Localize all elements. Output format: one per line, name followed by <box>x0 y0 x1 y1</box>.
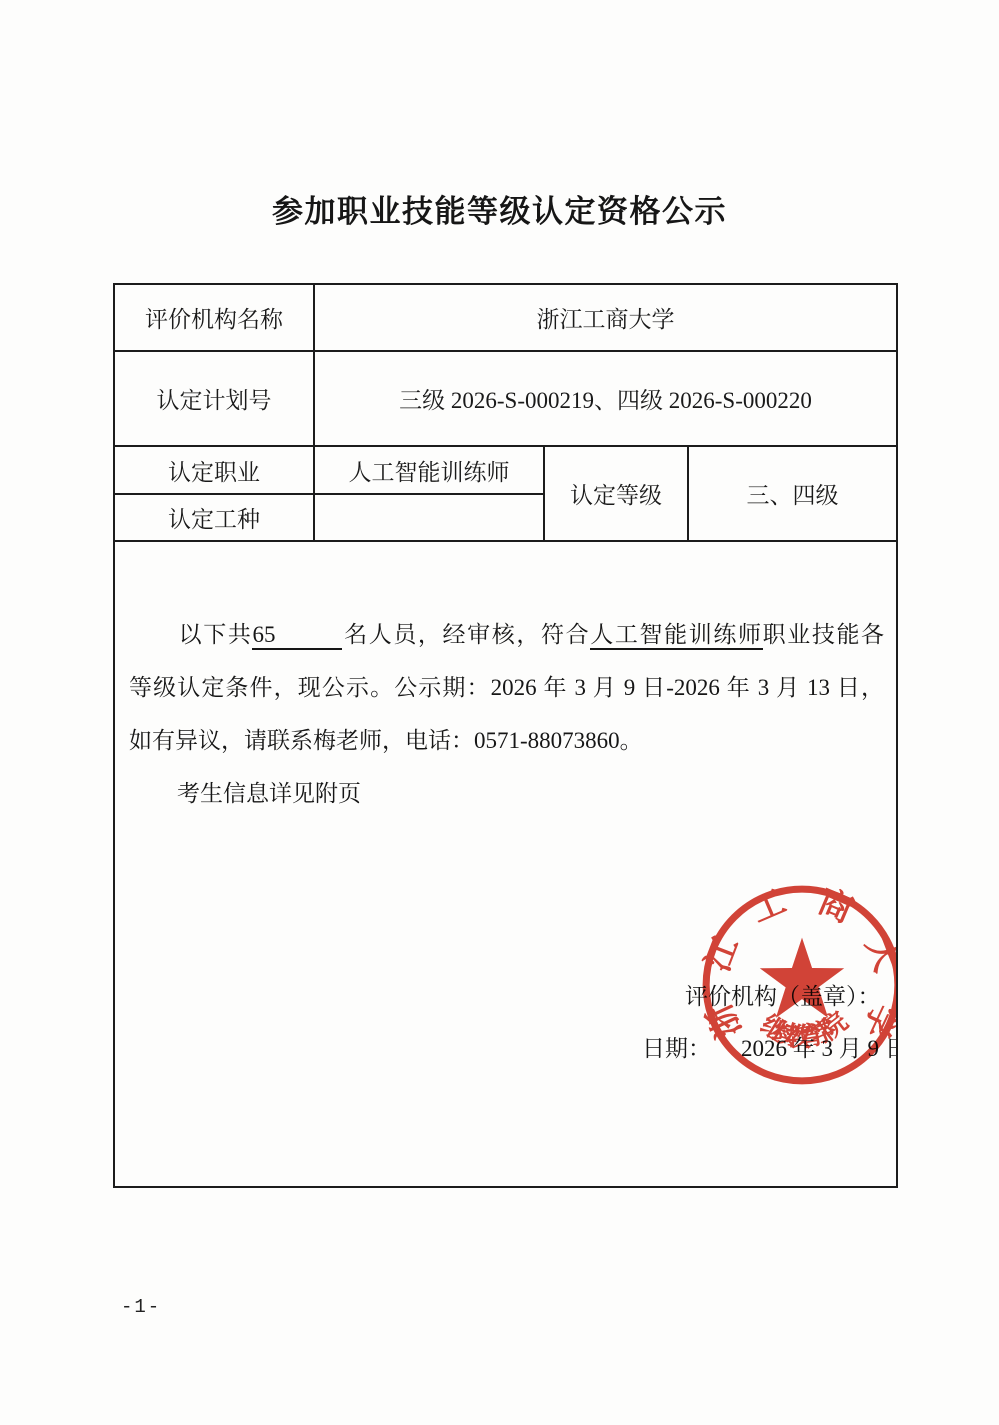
seal-arc-char: 学 <box>855 998 897 1044</box>
notice-line-1: 以下共65名人员，经审核，符合人工智能训练师职业技能各 <box>129 608 884 661</box>
table-row: 认定职业 人工智能训练师 认定等级 三、四级 <box>114 446 897 494</box>
page-title: 参加职业技能等级认定资格公示 <box>0 186 999 231</box>
occupation-value: 人工智能训练师 <box>314 446 544 494</box>
occupation-label: 认定职业 <box>114 446 314 494</box>
notice-prefix: 以下共 <box>177 622 252 647</box>
level-label: 认定等级 <box>544 446 688 541</box>
notice-cell-content: 以下共65名人员，经审核，符合人工智能训练师职业技能各 等级认定条件，现公示。公… <box>115 542 896 1186</box>
notice-paragraph: 以下共65名人员，经审核，符合人工智能训练师职业技能各 等级认定条件，现公示。公… <box>115 542 896 820</box>
certification-table: 评价机构名称 浙江工商大学 认定计划号 三级 2026-S-000219、四级 … <box>113 283 898 1188</box>
notice-line-3: 如有异议，请联系梅老师，电话：0571-88073860。 <box>129 714 884 767</box>
seal-star-icon <box>760 938 844 1018</box>
level-value: 三、四级 <box>688 446 897 541</box>
notice-line-4: 考生信息详见附页 <box>129 767 884 820</box>
org-name-value: 浙江工商大学 <box>314 284 897 351</box>
org-name-label: 评价机构名称 <box>114 284 314 351</box>
table-row: 评价机构名称 浙江工商大学 <box>114 284 897 351</box>
plan-number-label: 认定计划号 <box>114 351 314 446</box>
page-number: -1- <box>121 1296 161 1318</box>
candidate-count: 65 <box>252 622 342 650</box>
notice-cell: 以下共65名人员，经审核，符合人工智能训练师职业技能各 等级认定条件，现公示。公… <box>114 541 897 1187</box>
occupation-underlined: 人工智能训练师 <box>590 622 762 650</box>
document-page: 参加职业技能等级认定资格公示 评价机构名称 浙江工商大学 认定计划号 三级 20… <box>0 0 999 1425</box>
attachment-note: 考生信息详见附页 <box>177 781 361 806</box>
seal-bottom-text: 继 续 教 育 学 院 <box>756 1006 854 1053</box>
seal-arc-char: 大 <box>858 932 897 976</box>
notice-line-2: 等级认定条件，现公示。公示期：2026 年 3 月 9 日-2026 年 3 月… <box>129 661 884 714</box>
university-seal-stamp: 浙 江 工 商 大 学 继 续 教 育 <box>691 874 897 1096</box>
notice-line1-tail: 职业技能各 <box>763 622 884 647</box>
table-row: 认定计划号 三级 2026-S-000219、四级 2026-S-000220 <box>114 351 897 446</box>
worktype-label: 认定工种 <box>114 494 314 541</box>
notice-mid: 名人员，经审核，符合 <box>342 622 590 647</box>
plan-number-value: 三级 2026-S-000219、四级 2026-S-000220 <box>314 351 897 446</box>
table-row: 以下共65名人员，经审核，符合人工智能训练师职业技能各 等级认定条件，现公示。公… <box>114 541 897 1187</box>
worktype-value <box>314 494 544 541</box>
